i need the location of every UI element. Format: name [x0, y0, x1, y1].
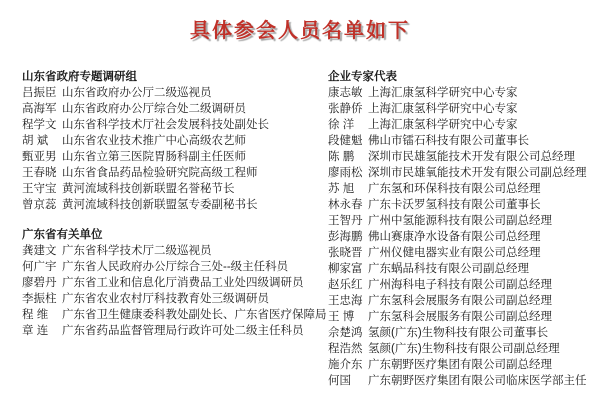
member-row: 苏 旭广东氢和环保科技有限公司总经理 — [328, 181, 594, 197]
member-row: 陈 鹏深圳市民雄氢能技术开发有限公司总经理 — [328, 149, 594, 165]
member-row: 吕振臣山东省政府办公厅二级巡视员 — [22, 85, 328, 101]
member-name: 徐 洋 — [328, 117, 368, 133]
member-name: 甄亚男 — [22, 149, 62, 165]
member-name: 段健魁 — [328, 133, 368, 149]
member-row: 程学文山东省科学技术厅社会发展科技处副处长 — [22, 117, 328, 133]
member-name: 程 维 — [22, 307, 62, 323]
member-name: 王 博 — [328, 309, 368, 325]
member-name: 何广宇 — [22, 259, 62, 275]
member-row: 王 博广东氢科会展服务有限公司副总经理 — [328, 309, 594, 325]
member-org: 黄河流域科技创新联盟名誉秘节长 — [62, 183, 235, 195]
member-row: 段健魁佛山市镭石科技有限公司董事长 — [328, 133, 594, 149]
member-org: 广州仪健电器实业有限公司总经理 — [368, 247, 541, 259]
member-org: 氢颜(广东)生物科技有限公司董事长 — [368, 327, 548, 339]
member-row: 高海军山东省政府办公厅综合处二级调研员 — [22, 101, 328, 117]
member-name: 张晓晋 — [328, 245, 368, 261]
member-row: 胡 斌山东省农业技术推广中心高级农艺师 — [22, 133, 328, 149]
member-name: 程浩然 — [328, 341, 368, 357]
member-name: 廖雨松 — [328, 165, 368, 181]
member-row: 张静侨上海汇康氢科学研究中心专家 — [328, 101, 594, 117]
member-name: 王忠海 — [328, 293, 368, 309]
member-org: 广东省药品监督管理局行政许可处二级主任科员 — [62, 325, 304, 337]
member-row: 曾京蕊黄河流域科技创新联盟氢专委副秘书长 — [22, 197, 328, 213]
member-org: 山东省政府办公厅综合处二级调研员 — [62, 103, 246, 115]
member-row: 廖碧丹广东省工业和信息化厅消费品工业处四级调研员 — [22, 275, 328, 291]
member-org: 山东省立第三医院胃肠科副主任医师 — [62, 151, 246, 163]
member-row: 赵乐红广州海科电子科技有限公司副总经理 — [328, 277, 594, 293]
member-row: 李振柱广东省农业农村厅科技教育处三级调研员 — [22, 291, 328, 307]
member-org: 氢颜(广东)生物科技有限公司副总经理 — [368, 343, 560, 355]
member-name: 曾京蕊 — [22, 197, 62, 213]
member-row: 王守宝黄河流域科技创新联盟名誉秘节长 — [22, 181, 328, 197]
member-name: 程学文 — [22, 117, 62, 133]
member-row: 王忠海广东氢科会展服务有限公司副总经理 — [328, 293, 594, 309]
member-name: 王守宝 — [22, 181, 62, 197]
member-name: 王春晓 — [22, 165, 62, 181]
member-name: 张静侨 — [328, 101, 368, 117]
member-org: 黄河流域科技创新联盟氢专委副秘书长 — [62, 199, 258, 211]
member-name: 柳家富 — [328, 261, 368, 277]
columns-container: 山东省政府专题调研组吕振臣山东省政府办公厅二级巡视员高海军山东省政府办公厅综合处… — [0, 69, 600, 389]
member-name: 吕振臣 — [22, 85, 62, 101]
member-row: 柳家富广东蜗品科技有限公司副总经理 — [328, 261, 594, 277]
left-column: 山东省政府专题调研组吕振臣山东省政府办公厅二级巡视员高海军山东省政府办公厅综合处… — [22, 69, 328, 339]
member-org: 广州中氢能源科技有限公司副总经理 — [368, 215, 552, 227]
member-org: 深圳市民雄氧能技术开发有限公司副总经理 — [368, 167, 587, 179]
member-org: 广东省农业农村厅科技教育处三级调研员 — [62, 293, 269, 305]
member-org: 广东省人民政府办公厅综合三处--级主任科员 — [62, 261, 288, 273]
member-row: 王智丹广州中氢能源科技有限公司副总经理 — [328, 213, 594, 229]
member-row: 何广宇广东省人民政府办公厅综合三处--级主任科员 — [22, 259, 328, 275]
member-row: 何国广东朝野医疗集团有限公司临床医学部主任 — [328, 373, 594, 389]
member-name: 龚建文 — [22, 243, 62, 259]
member-org: 上海汇康氢科学研究中心专家 — [368, 87, 518, 99]
member-row: 张晓晋广州仪健电器实业有限公司总经理 — [328, 245, 594, 261]
member-row: 施介东广东朝野医疗集团有限公司副总经理 — [328, 357, 594, 373]
member-row: 龚建文广东省科学技术厅二级巡视员 — [22, 243, 328, 259]
section: 山东省政府专题调研组吕振臣山东省政府办公厅二级巡视员高海军山东省政府办公厅综合处… — [22, 69, 328, 213]
member-row: 林永春广东卡沃罗氢科技有限公司董事长 — [328, 197, 594, 213]
member-row: 徐 洋上海汇康氢科学研究中心专家 — [328, 117, 594, 133]
member-name: 陈 鹏 — [328, 149, 368, 165]
right-column: 企业专家代表康志敏上海汇康氢科学研究中心专家张静侨上海汇康氢科学研究中心专家徐 … — [328, 69, 594, 389]
member-name: 施介东 — [328, 357, 368, 373]
section: 广东省有关单位龚建文广东省科学技术厅二级巡视员何广宇广东省人民政府办公厅综合三处… — [22, 227, 328, 339]
member-name: 彭海鹏 — [328, 229, 368, 245]
member-name: 章 连 — [22, 323, 62, 339]
section-header: 山东省政府专题调研组 — [22, 69, 328, 85]
member-org: 广东省工业和信息化厅消费品工业处四级调研员 — [62, 277, 304, 289]
member-row: 程浩然氢颜(广东)生物科技有限公司副总经理 — [328, 341, 594, 357]
section: 企业专家代表康志敏上海汇康氢科学研究中心专家张静侨上海汇康氢科学研究中心专家徐 … — [328, 69, 594, 389]
member-row: 甄亚男山东省立第三医院胃肠科副主任医师 — [22, 149, 328, 165]
member-name: 林永春 — [328, 197, 368, 213]
member-org: 广东省卫生健康委科教处副处长、广东省医疗保障局 — [62, 309, 327, 321]
member-org: 广东氢科会展服务有限公司副总经理 — [368, 311, 552, 323]
member-org: 广东朝野医疗集团有限公司副总经理 — [368, 359, 552, 371]
member-org: 广东蜗品科技有限公司副总经理 — [368, 263, 529, 275]
member-org: 山东省农业技术推广中心高级农艺师 — [62, 135, 246, 147]
member-org: 上海汇康氢科学研究中心专家 — [368, 119, 518, 131]
member-org: 佛山市镭石科技有限公司董事长 — [368, 135, 529, 147]
member-org: 山东省政府办公厅二级巡视员 — [62, 87, 212, 99]
member-row: 廖雨松深圳市民雄氧能技术开发有限公司副总经理 — [328, 165, 594, 181]
member-name: 康志敏 — [328, 85, 368, 101]
member-org: 广东卡沃罗氢科技有限公司董事长 — [368, 199, 541, 211]
member-org: 深圳市民雄氢能技术开发有限公司总经理 — [368, 151, 575, 163]
member-name: 李振柱 — [22, 291, 62, 307]
member-row: 佘楚鸿氢颜(广东)生物科技有限公司董事长 — [328, 325, 594, 341]
section-header: 广东省有关单位 — [22, 227, 328, 243]
member-row: 康志敏上海汇康氢科学研究中心专家 — [328, 85, 594, 101]
document-page: 具体参会人员名单如下 山东省政府专题调研组吕振臣山东省政府办公厅二级巡视员高海军… — [0, 0, 600, 400]
member-org: 山东省科学技术厅社会发展科技处副处长 — [62, 119, 269, 131]
member-org: 广东氢科会展服务有限公司副总经理 — [368, 295, 552, 307]
member-name: 王智丹 — [328, 213, 368, 229]
member-org: 广东省科学技术厅二级巡视员 — [62, 245, 212, 257]
member-row: 程 维广东省卫生健康委科教处副处长、广东省医疗保障局 — [22, 307, 328, 323]
member-name: 高海军 — [22, 101, 62, 117]
member-org: 广东氢和环保科技有限公司总经理 — [368, 183, 541, 195]
member-row: 章 连广东省药品监督管理局行政许可处二级主任科员 — [22, 323, 328, 339]
member-name: 廖碧丹 — [22, 275, 62, 291]
member-org: 广东朝野医疗集团有限公司临床医学部主任 — [368, 375, 587, 387]
member-row: 王春晓山东省食品药品检验研究院高级工程师 — [22, 165, 328, 181]
member-name: 佘楚鸿 — [328, 325, 368, 341]
member-org: 山东省食品药品检验研究院高级工程师 — [62, 167, 258, 179]
member-name: 赵乐红 — [328, 277, 368, 293]
section-header: 企业专家代表 — [328, 69, 594, 85]
member-name: 胡 斌 — [22, 133, 62, 149]
member-row: 彭海鹏佛山赛康净水设备有限公司总经理 — [328, 229, 594, 245]
member-name: 何国 — [328, 373, 368, 389]
page-title: 具体参会人员名单如下 — [0, 14, 600, 43]
member-org: 上海汇康氢科学研究中心专家 — [368, 103, 518, 115]
member-org: 佛山赛康净水设备有限公司总经理 — [368, 231, 541, 243]
member-name: 苏 旭 — [328, 181, 368, 197]
member-org: 广州海科电子科技有限公司副总经理 — [368, 279, 552, 291]
